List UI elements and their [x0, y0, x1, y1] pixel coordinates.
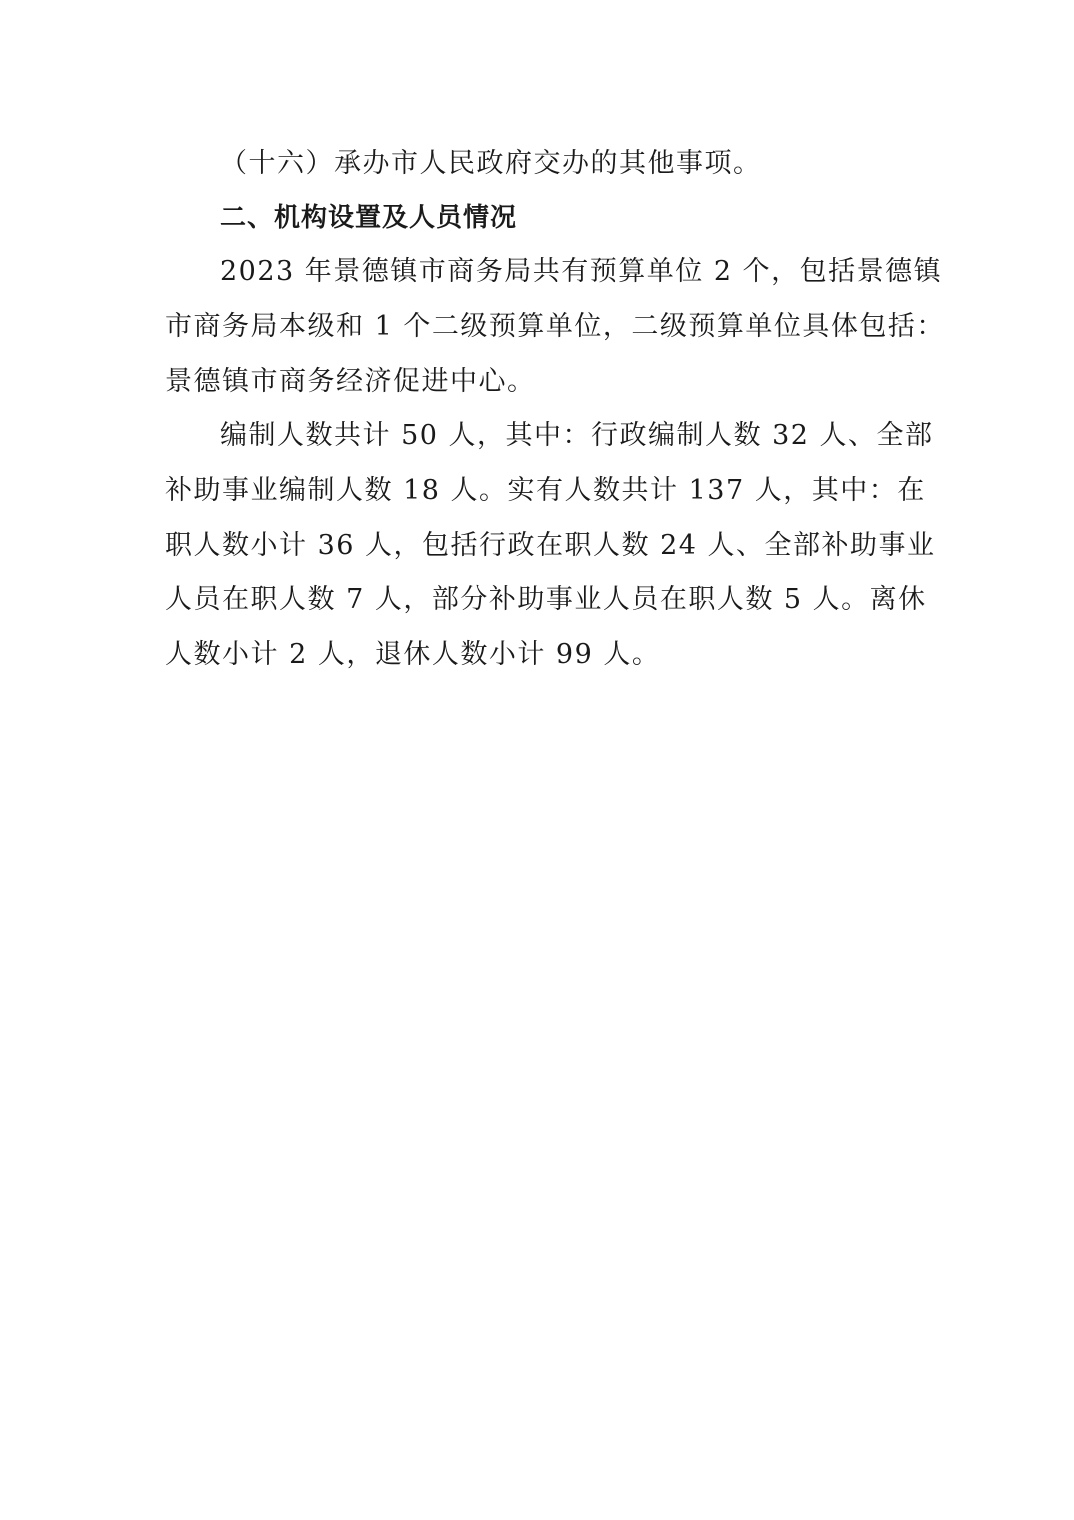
section-heading: 二、机构设置及人员情况 [220, 200, 911, 236]
paragraph-staff-line-1: 编制人数共计 50 人，其中：行政编制人数 32 人、全部 [220, 418, 911, 454]
item-16-text: （十六）承办市人民政府交办的其他事项。 [220, 146, 911, 182]
paragraph-staff-line-4: 人员在职人数 7 人，部分补助事业人员在职人数 5 人。离休 [165, 582, 911, 618]
paragraph-staff-line-5: 人数小计 2 人，退休人数小计 99 人。 [165, 637, 911, 673]
document-page: （十六）承办市人民政府交办的其他事项。 二、机构设置及人员情况 2023 年景德… [0, 0, 1074, 1520]
paragraph-units-line-1: 2023 年景德镇市商务局共有预算单位 2 个，包括景德镇 [220, 254, 911, 290]
paragraph-staff-line-2: 补助事业编制人数 18 人。实有人数共计 137 人，其中：在 [165, 473, 911, 509]
paragraph-staff-line-3: 职人数小计 36 人，包括行政在职人数 24 人、全部补助事业 [165, 528, 911, 564]
paragraph-units-line-2: 市商务局本级和 1 个二级预算单位，二级预算单位具体包括： [165, 309, 911, 345]
paragraph-units-line-3: 景德镇市商务经济促进中心。 [165, 364, 911, 400]
